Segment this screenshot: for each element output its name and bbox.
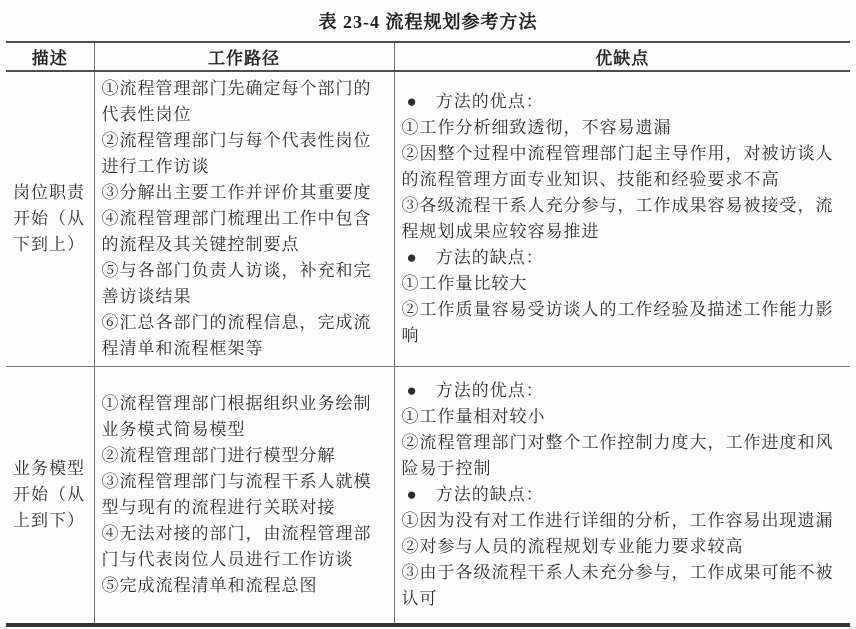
cell-line: ①因为没有对工作进行详细的分析，工作容易出现遗漏 — [402, 508, 844, 534]
table-title: 表 23-4 流程规划参考方法 — [6, 6, 850, 41]
table-row: 业务模型开始（从上到下） ①流程管理部门根据组织业务绘制业务模式简易模型②流程管… — [6, 367, 850, 625]
cell-line: ③流程管理部门与流程干系人就模型与现有的流程进行关联对接 — [102, 469, 387, 521]
cell-line: ①流程管理部门先确定每个部门的代表性岗位 — [102, 76, 387, 128]
cell-line: ②因整个过程中流程管理部门起主导作用，对被访谈人的流程管理方面专业知识、技能和经… — [402, 141, 844, 193]
cell-line: ①流程管理部门根据组织业务绘制业务模式简易模型 — [102, 391, 387, 443]
cell-line: ③分解出主要工作并评价其重要度 — [102, 180, 387, 206]
process-planning-table: 描述 工作路径 优缺点 岗位职责开始（从下到上） ①流程管理部门先确定每个部门的… — [6, 41, 850, 627]
cell-line: ● 方法的优点： — [402, 89, 844, 115]
cell-line: ③各级流程干系人充分参与，工作成果容易被接受，流程规划成果应较容易推进 — [402, 193, 844, 245]
cell-line: ③由于各级流程干系人未充分参与，工作成果可能不被认可 — [402, 560, 844, 612]
cell-line: ②流程管理部门对整个工作控制力度大，工作进度和风险易于控制 — [402, 430, 844, 482]
cell-line: ②对参与人员的流程规划专业能力要求较高 — [402, 534, 844, 560]
pros-cons-cell: ● 方法的优点：①工作量相对较小②流程管理部门对整个工作控制力度大，工作进度和风… — [394, 367, 850, 625]
cell-line: ● 方法的优点： — [402, 378, 844, 404]
cell-line: ⑤完成流程清单和流程总图 — [102, 573, 387, 599]
header-description: 描述 — [6, 42, 94, 71]
header-work-path: 工作路径 — [94, 42, 394, 71]
cell-line: ● 方法的缺点： — [402, 482, 844, 508]
scanned-page: 表 23-4 流程规划参考方法 描述 工作路径 优缺点 岗位职责开始（从下到上）… — [0, 0, 856, 629]
cell-line: ②流程管理部门与每个代表性岗位进行工作访谈 — [102, 128, 387, 180]
cell-line: ④流程管理部门梳理出工作中包含的流程及其关键控制要点 — [102, 206, 387, 258]
cell-line: ②流程管理部门进行模型分解 — [102, 443, 387, 469]
cell-line: ⑤与各部门负责人访谈，补充和完善访谈结果 — [102, 258, 387, 310]
work-path-cell: ①流程管理部门先确定每个部门的代表性岗位②流程管理部门与每个代表性岗位进行工作访… — [94, 71, 394, 367]
description-cell: 岗位职责开始（从下到上） — [6, 71, 94, 367]
cell-line: ● 方法的缺点： — [402, 245, 844, 271]
cell-line: ④无法对接的部门，由流程管理部门与代表岗位人员进行工作访谈 — [102, 521, 387, 573]
cell-line: ①工作分析细致透彻，不容易遗漏 — [402, 115, 844, 141]
cell-line: ①工作量相对较小 — [402, 404, 844, 430]
cell-line: ①工作量比较大 — [402, 271, 844, 297]
pros-cons-cell: ● 方法的优点：①工作分析细致透彻，不容易遗漏②因整个过程中流程管理部门起主导作… — [394, 71, 850, 367]
description-cell: 业务模型开始（从上到下） — [6, 367, 94, 625]
cell-line: ②工作质量容易受访谈人的工作经验及描述工作能力影响 — [402, 297, 844, 349]
header-pros-cons: 优缺点 — [394, 42, 850, 71]
work-path-cell: ①流程管理部门根据组织业务绘制业务模式简易模型②流程管理部门进行模型分解③流程管… — [94, 367, 394, 625]
cell-line: ⑥汇总各部门的流程信息，完成流程清单和流程框架等 — [102, 310, 387, 362]
table-row: 岗位职责开始（从下到上） ①流程管理部门先确定每个部门的代表性岗位②流程管理部门… — [6, 71, 850, 367]
header-row: 描述 工作路径 优缺点 — [6, 42, 850, 71]
